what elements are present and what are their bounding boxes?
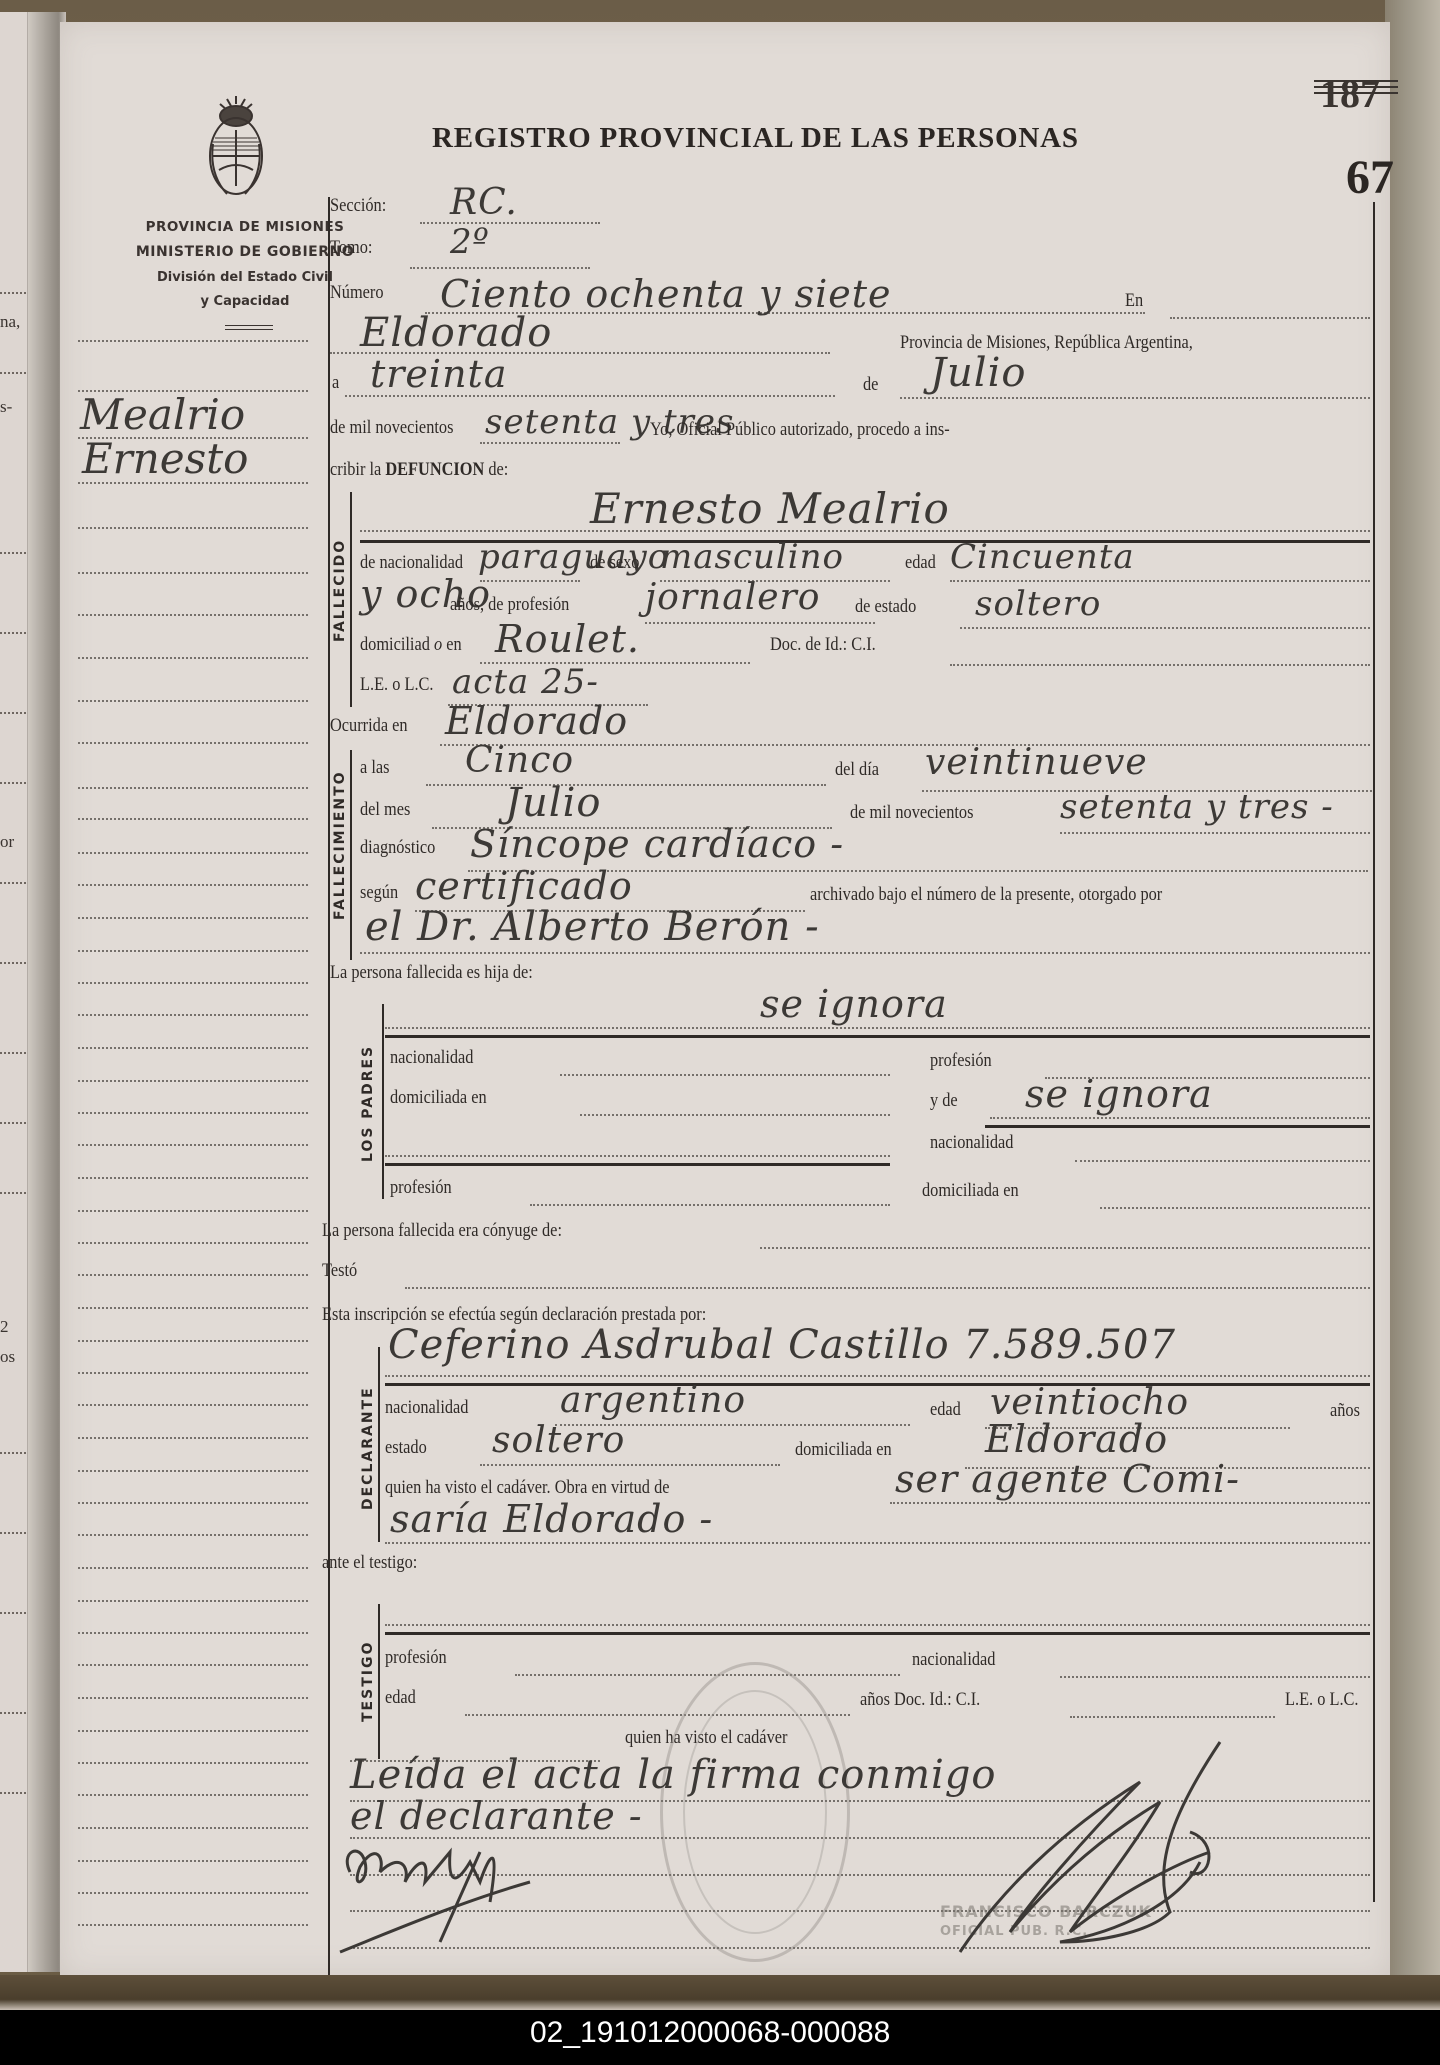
- inscribir-text: cribir la DEFUNCION de:: [330, 459, 508, 481]
- declarante-signature: [330, 1812, 590, 1962]
- madre-prefix-label: y de: [930, 1090, 958, 1112]
- sexo-value: masculino: [660, 537, 844, 577]
- declarante-domicilio-value: Eldorado: [985, 1417, 1168, 1461]
- ocurrida-value: Eldorado: [445, 699, 628, 743]
- ocurrida-label: Ocurrida en: [330, 715, 408, 737]
- previous-page-fragment: s-: [0, 397, 12, 417]
- decorative-double-rule: [225, 325, 273, 330]
- anio-label: de mil novecientos: [850, 802, 973, 824]
- fallecimiento-section-label: FALLECIMIENTO: [332, 770, 348, 920]
- testigo-le-lc-label: L.E. o L.C.: [1285, 1689, 1359, 1711]
- testigo-profesion-label: profesión: [385, 1647, 447, 1669]
- death-certificate-page: PROVINCIA DE MISIONES MINISTERIO DE GOBI…: [60, 22, 1390, 1977]
- fallecimiento-bracket: [350, 750, 352, 960]
- segun-value: certificado: [415, 864, 633, 908]
- declarante-visto-label: quien ha visto el cadáver. Obra en virtu…: [385, 1477, 669, 1499]
- day-value: treinta: [370, 352, 507, 396]
- le-lc-value: acta 25-: [452, 662, 599, 702]
- diagnostico-label: diagnóstico: [360, 837, 435, 859]
- estado-label: de estado: [855, 596, 916, 618]
- padres-intro: La persona fallecida es hija de:: [330, 962, 533, 984]
- en-label: En: [1125, 290, 1143, 312]
- seccion-value: RC.: [450, 182, 518, 223]
- declarante-anos-label: años: [1330, 1400, 1360, 1422]
- domicilio-value: Roulet.: [495, 617, 640, 661]
- document-title: REGISTRO PROVINCIAL DE LAS PERSONAS: [432, 122, 1079, 155]
- declarante-name-value: Ceferino Asdrubal Castillo 7.589.507: [388, 1322, 1176, 1368]
- month-value: Julio: [930, 350, 1026, 396]
- tomo-value: 2º: [450, 222, 490, 262]
- closing-line-1: Leída el acta la firma conmigo: [350, 1752, 996, 1798]
- declarante-bracket: [378, 1347, 380, 1542]
- nacionalidad-value: paraguayo: [478, 537, 669, 577]
- margin-note-surname: Mealrio: [80, 390, 245, 439]
- mes-label: del mes: [360, 799, 410, 821]
- conyuge-label: La persona fallecida era cónyuge de:: [322, 1220, 562, 1242]
- testigo-nacionalidad-label: nacionalidad: [912, 1649, 995, 1671]
- declarante-estado-value: soltero: [492, 1420, 625, 1461]
- testigo-doc-label: años Doc. Id.: C.I.: [860, 1689, 980, 1711]
- archivado-text: archivado bajo el número de la presente,…: [810, 884, 1162, 906]
- fallecido-section-label: FALLECIDO: [332, 539, 348, 642]
- segun-label: según: [360, 882, 398, 904]
- virtud-value-2: saría Eldorado -: [390, 1497, 713, 1541]
- declarante-section-label: DECLARANTE: [360, 1386, 376, 1510]
- right-margin-rule: [1373, 202, 1375, 1902]
- ledger-binder-bottom: [0, 1975, 1440, 2010]
- testigo-edad-label: edad: [385, 1687, 416, 1709]
- margin-note-given-name: Ernesto: [82, 434, 248, 483]
- dia-value: veintinueve: [925, 742, 1148, 783]
- seccion-label: Sección:: [330, 195, 386, 217]
- day-prefix-label: a: [332, 372, 339, 394]
- padres-section-label: LOS PADRES: [360, 1045, 376, 1162]
- ledger-binder-edge: [1385, 0, 1440, 2010]
- deceased-name-value: Ernesto Mealrio: [590, 484, 950, 533]
- padre-profesion-label: profesión: [930, 1050, 992, 1072]
- place-value: Eldorado: [360, 310, 552, 356]
- coat-of-arms-icon: [205, 94, 267, 204]
- fallecido-bracket: [350, 492, 352, 707]
- previous-page-fragment: na,: [0, 312, 20, 332]
- le-lc-label: L.E. o L.C.: [360, 674, 434, 696]
- testigo-intro: ante el testigo:: [322, 1552, 417, 1574]
- madre-value: se ignora: [1025, 1072, 1213, 1116]
- official-signature: [920, 1742, 1300, 1972]
- edad-label: edad: [905, 552, 936, 574]
- edad-value-1: Cincuenta: [950, 537, 1135, 577]
- doc-id-label: Doc. de Id.: C.I.: [770, 634, 876, 656]
- previous-page-edge: na, s- or 2 os: [0, 12, 28, 1972]
- previous-page-fragment: or: [0, 832, 14, 852]
- padres-bracket: [382, 1004, 384, 1199]
- medico-value: el Dr. Alberto Berón -: [365, 904, 820, 950]
- official-statement: Yo, Oficial Público autorizado, procedo …: [650, 419, 950, 441]
- estado-value: soltero: [975, 584, 1101, 624]
- padre-domicilio-label: domiciliada en: [390, 1087, 487, 1109]
- previous-page-fragment: 2: [0, 1317, 9, 1337]
- testigo-section-label: TESTIGO: [360, 1641, 376, 1722]
- madre-domicilio-label: domiciliada en: [922, 1180, 1019, 1202]
- image-id-label: 02_191012000068-000088: [530, 2016, 890, 2050]
- anos-profesion-label: años, de profesión: [450, 594, 569, 616]
- testo-label: Testó: [322, 1260, 357, 1282]
- declarante-edad-label: edad: [930, 1399, 961, 1421]
- dia-label: del día: [835, 759, 879, 781]
- madre-nacionalidad-label: nacionalidad: [930, 1132, 1013, 1154]
- declarante-nacionalidad-label: nacionalidad: [385, 1397, 468, 1419]
- folio-crossed-out: 187: [1320, 70, 1380, 117]
- padre-value: se ignora: [760, 982, 948, 1026]
- declarante-domicilio-label: domiciliada en: [795, 1439, 892, 1461]
- declarante-estado-label: estado: [385, 1437, 427, 1459]
- folio-number: 67: [1346, 150, 1394, 205]
- testigo-bracket: [378, 1604, 380, 1759]
- tomo-label: Tomo:: [330, 237, 372, 259]
- previous-page-fragment: os: [0, 1347, 15, 1367]
- declarante-nacionalidad-value: argentino: [560, 1380, 746, 1421]
- year-label: de mil novecientos: [330, 417, 453, 439]
- hora-label: a las: [360, 757, 389, 779]
- padre-nacionalidad-label: nacionalidad: [390, 1047, 473, 1069]
- diagnostico-value: Síncope cardíaco -: [470, 822, 844, 866]
- virtud-value-1: ser agente Comi-: [895, 1457, 1240, 1501]
- hora-value: Cinco: [465, 740, 574, 781]
- institution-province: PROVINCIA DE MISIONES: [120, 219, 370, 235]
- numero-label: Número: [330, 282, 384, 304]
- nacionalidad-label: de nacionalidad: [360, 552, 463, 574]
- sexo-label: de sexo: [590, 552, 639, 574]
- domicilio-label: domiciliad o en: [360, 634, 462, 656]
- anio-value: setenta y tres -: [1060, 787, 1334, 827]
- madre-profesion-label: profesión: [390, 1177, 452, 1199]
- month-prefix-label: de: [863, 374, 878, 396]
- profesion-value: jornalero: [645, 577, 820, 618]
- official-seal-stamp: [660, 1662, 850, 1962]
- mes-value: Julio: [505, 780, 601, 826]
